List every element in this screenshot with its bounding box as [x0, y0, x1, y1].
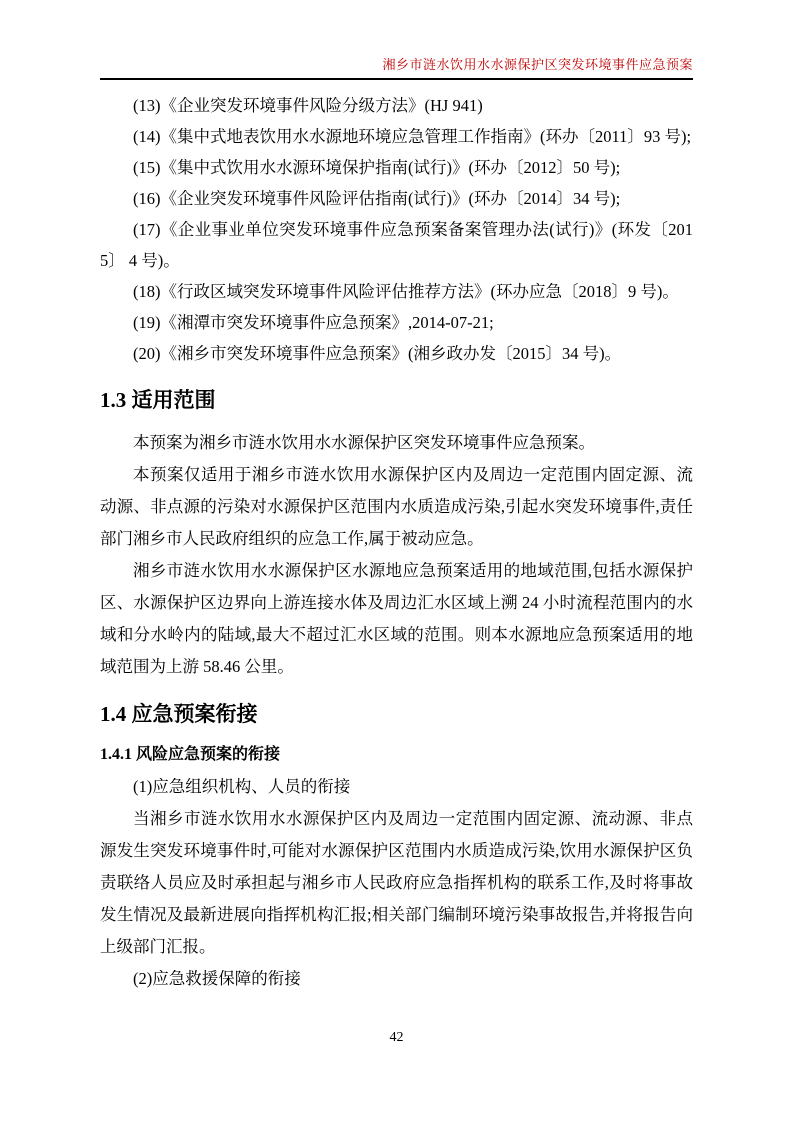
page-content: (13)《企业突发环境事件风险分级方法》(HJ 941) (14)《集中式地表饮… [100, 80, 693, 995]
reference-list: (13)《企业突发环境事件风险分级方法》(HJ 941) (14)《集中式地表饮… [100, 80, 693, 369]
subsection-heading-1-4-1: 1.4.1 风险应急预案的衔接 [100, 743, 693, 767]
reference-item-18: (18)《行政区域突发环境事件风险评估推荐方法》(环办应急〔2018〕9 号)。 [100, 276, 693, 307]
page-header: 湘乡市涟水饮用水水源保护区突发环境事件应急预案 [100, 0, 693, 80]
page-footer: 42 [0, 1028, 793, 1046]
list-item-2: (2)应急救援保障的衔接 [100, 963, 693, 995]
paragraph-scope-3: 湘乡市涟水饮用水水源保护区水源地应急预案适用的地域范围,包括水源保护区、水源保护… [100, 555, 693, 683]
reference-item-15: (15)《集中式饮用水水源环境保护指南(试行)》(环办〔2012〕50 号); [100, 152, 693, 183]
reference-item-16: (16)《企业突发环境事件风险评估指南(试行)》(环办〔2014〕34 号); [100, 183, 693, 214]
section-heading-1-3: 1.3 适用范围 [100, 385, 693, 415]
reference-item-17: (17)《企业事业单位突发环境事件应急预案备案管理办法(试行)》(环发〔2015… [100, 214, 693, 276]
paragraph-scope-1: 本预案为湘乡市涟水饮用水水源保护区突发环境事件应急预案。 [100, 427, 693, 459]
paragraph-scope-2: 本预案仅适用于湘乡市涟水饮用水源保护区内及周边一定范围内固定源、流动源、非点源的… [100, 459, 693, 555]
reference-item-13: (13)《企业突发环境事件风险分级方法》(HJ 941) [100, 90, 693, 121]
list-item-1: (1)应急组织机构、人员的衔接 [100, 771, 693, 803]
document-page: 湘乡市涟水饮用水水源保护区突发环境事件应急预案 (13)《企业突发环境事件风险分… [0, 0, 793, 1122]
page-number: 42 [390, 1030, 404, 1045]
paragraph-linkage: 当湘乡市涟水饮用水水源保护区内及周边一定范围内固定源、流动源、非点源发生突发环境… [100, 803, 693, 963]
section-heading-1-4: 1.4 应急预案衔接 [100, 699, 693, 729]
reference-item-20: (20)《湘乡市突发环境事件应急预案》(湘乡政办发〔2015〕34 号)。 [100, 338, 693, 369]
header-title: 湘乡市涟水饮用水水源保护区突发环境事件应急预案 [100, 57, 693, 73]
reference-item-14: (14)《集中式地表饮用水水源地环境应急管理工作指南》(环办〔2011〕93 号… [100, 121, 693, 152]
reference-item-19: (19)《湘潭市突发环境事件应急预案》,2014-07-21; [100, 307, 693, 338]
